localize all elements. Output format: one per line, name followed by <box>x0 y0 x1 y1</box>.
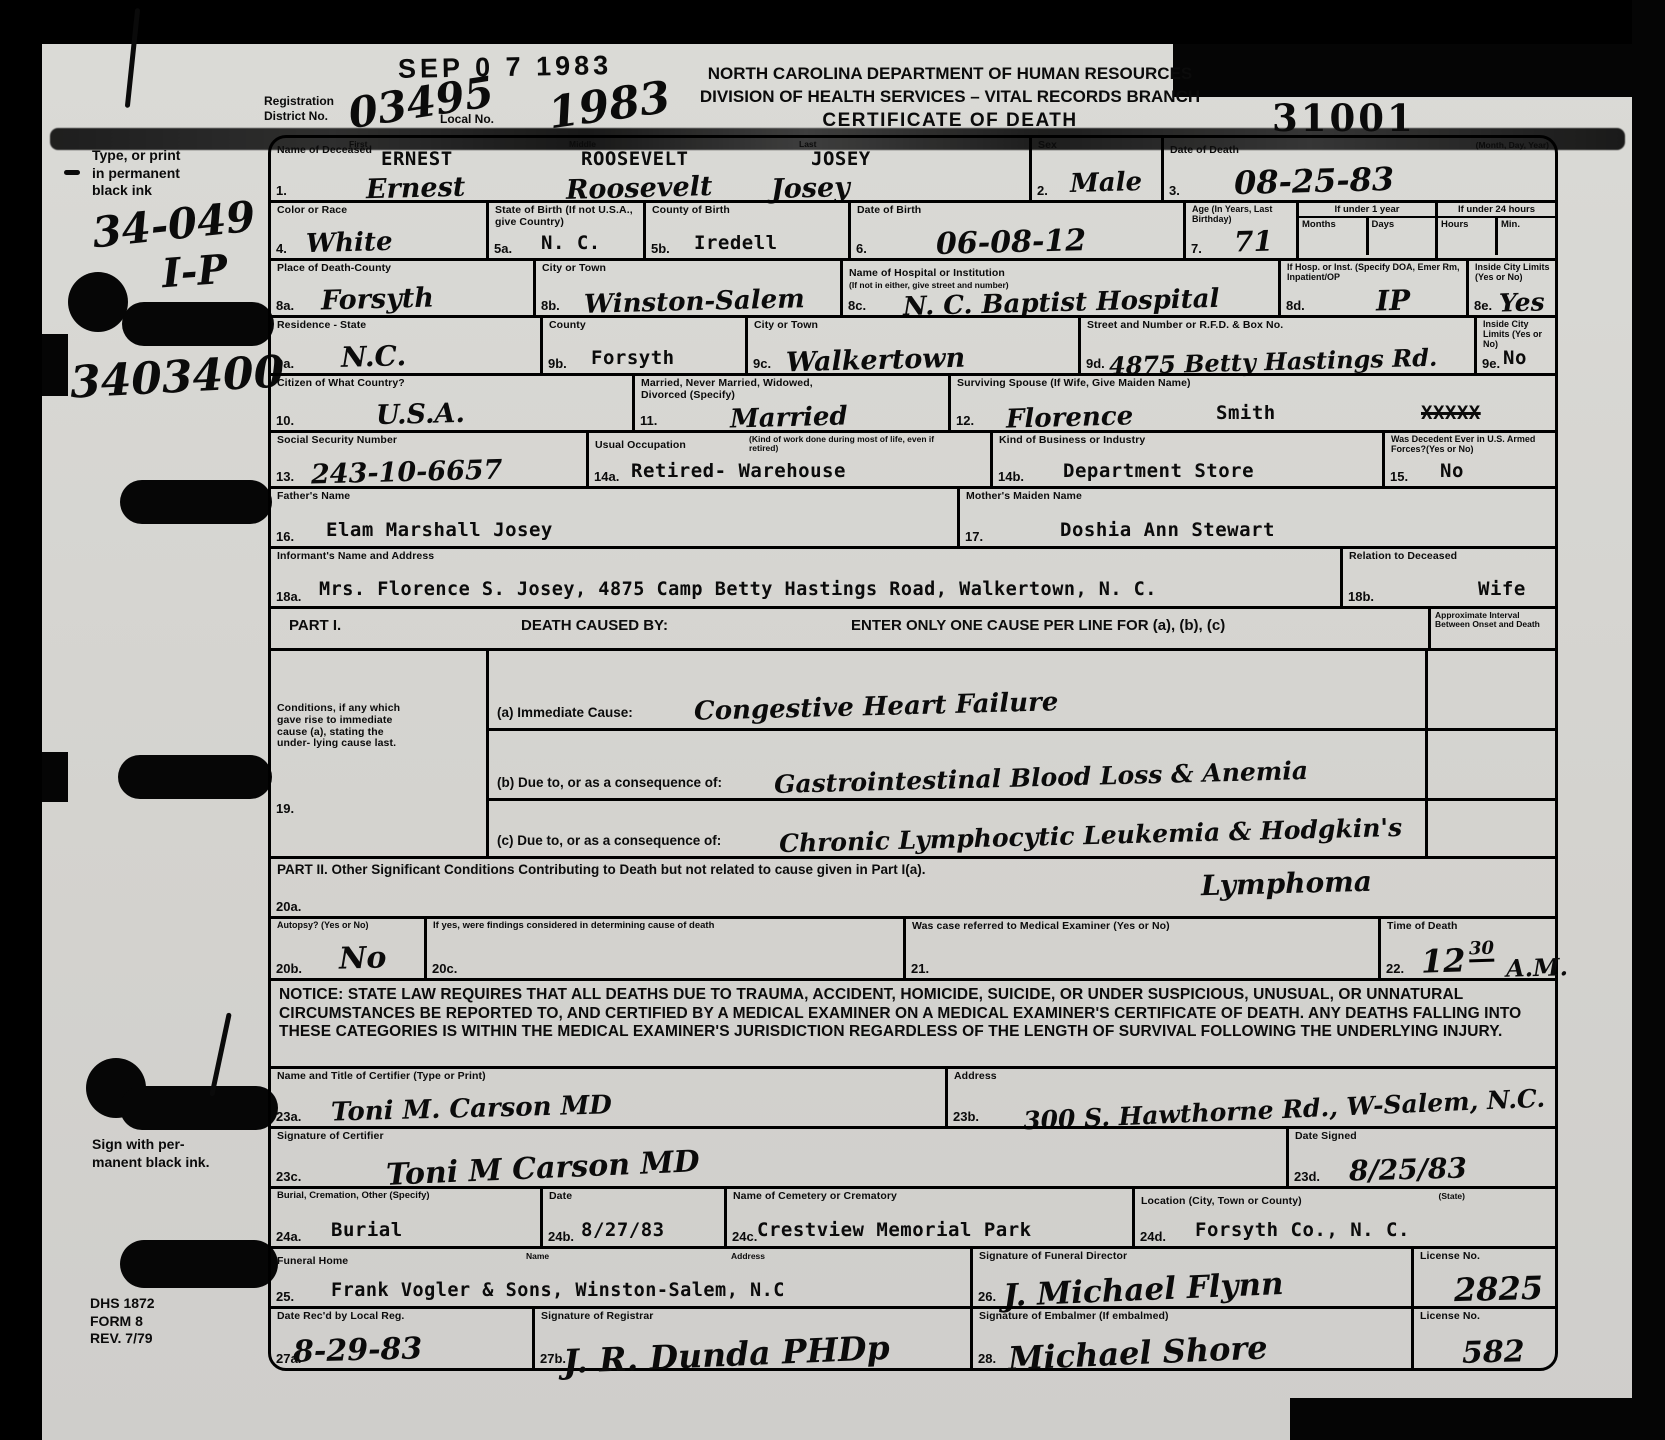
field-residence-street: Street and Number or R.F.D. & Box No. 48… <box>1078 318 1474 373</box>
field-14a-value: Retired- Warehouse <box>631 460 846 482</box>
field-9b-num: 9b. <box>548 356 567 371</box>
field-color-or-race: Color or Race White 4. <box>271 203 486 258</box>
field-8c-label: Name of Hospital or Institution <box>849 267 1005 279</box>
field-dob-value: 06-08-12 <box>936 223 1087 262</box>
field-24a-value: Burial <box>331 1219 403 1241</box>
field-21-label: Was case referred to Medical Examiner (Y… <box>912 921 1375 933</box>
field-20b-num: 20b. <box>276 961 302 976</box>
notice-row: NOTICE: STATE LAW REQUIRES THAT ALL DEAT… <box>271 978 1555 1066</box>
field-9b-label: County <box>549 320 742 332</box>
part1-caused-by-label: DEATH CAUSED BY: <box>521 617 668 634</box>
field-hospital: Name of Hospital or Institution (If not … <box>840 261 1278 315</box>
field-certifier-address: Address 300 S. Hawthorne Rd., W-Salem, N… <box>945 1069 1555 1126</box>
field-mother-name: Mother's Maiden Name Doshia Ann Stewart … <box>957 489 1555 546</box>
registration-district-label-line1: Registration <box>264 94 334 108</box>
cause-c-main: (c) Due to, or as a consequence of: Chro… <box>489 801 1425 856</box>
field-20c-num: 20c. <box>432 961 457 976</box>
margin-code-2: I-P <box>160 246 229 297</box>
scan-edge-block-2 <box>42 752 68 802</box>
binder-bar-2 <box>120 480 272 524</box>
field-24c-label: Name of Cemetery or Crematory <box>733 1191 1129 1203</box>
field-time-of-death: Time of Death 12 30 A.M. 22. <box>1378 919 1555 978</box>
field-24c-value: Crestview Memorial Park <box>757 1219 1032 1241</box>
group-under-24-hours-cells: Hours Min. <box>1438 218 1555 255</box>
cause-b-label: (b) Due to, or as a consequence of: <box>497 775 722 790</box>
field-24a-label: Burial, Cremation, Other (Specify) <box>277 1191 537 1201</box>
field-15-label: Was Decedent Ever in U.S. Armed Forces?(… <box>1391 435 1552 455</box>
field-16-label: Father's Name <box>277 491 954 503</box>
field-8c-num: 8c. <box>848 298 866 313</box>
cause-line-a: (a) Immediate Cause: Congestive Heart Fa… <box>489 651 1555 731</box>
typed-middle-name: ROOSEVELT <box>581 148 688 170</box>
field-registrar-signature: Signature of Registrar J. R. Dunda PHDp … <box>532 1309 970 1368</box>
pen-dash-left <box>64 170 80 175</box>
field-date-received: Date Rec'd by Local Reg. 8-29-83 27a. <box>271 1309 532 1368</box>
field-state-of-birth: State of Birth (If not U.S.A., give Coun… <box>486 203 643 258</box>
field-state-of-birth-value: N. C. <box>541 232 601 254</box>
field-22-hour: 12 <box>1421 941 1467 980</box>
field-16-num: 16. <box>276 529 294 544</box>
field-hosp-status: If Hosp. or Inst. (Specify DOA, Emer Rm,… <box>1278 261 1466 315</box>
registrar-row: Date Rec'd by Local Reg. 8-29-83 27a. Si… <box>271 1306 1555 1368</box>
margin-type-note-line1: Type, or print <box>92 147 180 163</box>
group-under-1-year-cells: Months Days <box>1299 218 1435 255</box>
field-23b-label: Address <box>954 1071 1552 1083</box>
field-14b-label: Kind of Business or Industry <box>999 435 1379 447</box>
field-26-label: Signature of Funeral Director <box>979 1251 1408 1263</box>
field-16-value: Elam Marshall Josey <box>326 519 553 541</box>
field-28-num: 28. <box>978 1351 996 1366</box>
field-director-license: License No. 2825 <box>1411 1249 1555 1306</box>
field-24d-num: 24d. <box>1140 1229 1166 1244</box>
field-11-num: 11. <box>640 413 657 428</box>
field-9a-num: 9a. <box>276 356 294 371</box>
field-20c-label: If yes, were findings considered in dete… <box>433 921 900 931</box>
field-19-num: 19. <box>276 801 294 816</box>
field-14a-num: 14a. <box>594 469 619 484</box>
field-11-label: Married, Never Married, Widowed, Divorce… <box>641 378 861 402</box>
field-28lic-label: License No. <box>1420 1311 1552 1323</box>
field-sex-num: 2. <box>1037 183 1048 198</box>
field-8b-label: City or Town <box>542 263 837 275</box>
field-dod-sublabel: (Month, Day, Year) <box>1476 141 1549 150</box>
typed-last-name: JOSEY <box>811 148 871 170</box>
row-6: Social Security Number 243-10-6657 13. U… <box>271 430 1555 486</box>
field-17-num: 17. <box>965 529 983 544</box>
notice-cell: NOTICE: STATE LAW REQUIRES THAT ALL DEAT… <box>271 981 1555 1066</box>
row-2: Color or Race White 4. State of Birth (I… <box>271 200 1555 258</box>
cause-of-death-block: Conditions, if any which gave rise to im… <box>271 648 1555 856</box>
punch-hole-top <box>68 272 128 332</box>
part2-cell: PART II. Other Significant Conditions Co… <box>271 859 1555 916</box>
scan-black-right-strip <box>1632 0 1665 1440</box>
field-burial-type: Burial, Cremation, Other (Specify) Buria… <box>271 1189 540 1246</box>
field-24b-num: 24b. <box>548 1229 574 1244</box>
field-8a-label: Place of Death-County <box>277 263 530 275</box>
margin-type-note: Type, or print in permanent black ink <box>92 147 222 200</box>
death-certificate-form: Name of Deceased First Middle Last ERNES… <box>268 135 1558 1371</box>
interval-column-header: Approximate Interval Between Onset and D… <box>1428 609 1555 648</box>
field-father-name: Father's Name Elam Marshall Josey 16. <box>271 489 957 546</box>
field-8d-label: If Hosp. or Inst. (Specify DOA, Emer Rm,… <box>1287 263 1463 283</box>
part1-enter-label: ENTER ONLY ONE CAUSE PER LINE FOR (a), (… <box>851 617 1225 634</box>
part2-row: PART II. Other Significant Conditions Co… <box>271 856 1555 916</box>
field-15-num: 15. <box>1390 469 1408 484</box>
field-residence-city: City or Town Walkertown 9c. <box>745 318 1078 373</box>
field-county-of-birth-value: Iredell <box>694 232 778 254</box>
field-8e-label: Inside City Limits (Yes or No) <box>1475 263 1552 283</box>
field-county-of-birth: County of Birth Iredell 5b. <box>643 203 848 258</box>
field-24d-value: Forsyth Co., N. C. <box>1195 1219 1410 1241</box>
cause-c-label: (c) Due to, or as a consequence of: <box>497 833 721 848</box>
field-18a-num: 18a. <box>276 589 301 604</box>
field-dod-label: Date of Death <box>1170 144 1239 156</box>
field-23d-value: 8/25/83 <box>1349 1151 1468 1187</box>
part2-value: Lymphoma <box>1201 865 1373 902</box>
registration-district-label-line2: District No. <box>264 109 328 123</box>
field-surviving-spouse: Surviving Spouse (If Wife, Give Maiden N… <box>948 376 1555 430</box>
field-15-value: No <box>1440 460 1464 482</box>
local-no-label: Local No. <box>440 112 494 126</box>
field-12-struck-value: XXXXX <box>1421 402 1481 424</box>
part1-title: PART I. <box>289 617 341 634</box>
field-dod-num: 3. <box>1169 183 1180 198</box>
field-dod-value: 08-25-83 <box>1234 160 1395 202</box>
field-13-label: Social Security Number <box>277 435 583 447</box>
field-9e-num: 9e. <box>1482 356 1500 371</box>
field-26lic-value: 2825 <box>1454 1269 1544 1309</box>
row-4: Residence - State N.C. 9a. County Forsyt… <box>271 315 1555 373</box>
margin-type-note-line3: black ink <box>92 182 152 198</box>
field-county-of-birth-label: County of Birth <box>652 205 845 217</box>
field-18b-num: 18b. <box>1348 589 1374 604</box>
field-14b-value: Department Store <box>1063 460 1254 482</box>
field-12-num: 12. <box>956 413 974 428</box>
field-9d-num: 9d. <box>1086 356 1105 371</box>
interval-label: Approximate Interval Between Onset and D… <box>1435 611 1551 630</box>
field-certifier-name: Name and Title of Certifier (Type or Pri… <box>271 1069 945 1126</box>
field-name-num: 1. <box>276 183 287 198</box>
burial-row: Burial, Cremation, Other (Specify) Buria… <box>271 1186 1555 1246</box>
field-state-of-birth-num: 5a. <box>494 241 512 256</box>
field-23b-num: 23b. <box>953 1109 979 1124</box>
typed-first-name: ERNEST <box>381 148 453 170</box>
field-24d-label: Location (City, Town or County) <box>1141 1195 1302 1207</box>
field-9e-label: Inside City Limits (Yes or No) <box>1483 320 1552 350</box>
field-23a-label: Name and Title of Certifier (Type or Pri… <box>277 1071 942 1083</box>
cause-c-value: Chronic Lymphocytic Leukemia & Hodgkin's <box>779 813 1403 858</box>
field-min-label: Min. <box>1495 218 1555 255</box>
notice-text: NOTICE: STATE LAW REQUIRES THAT ALL DEAT… <box>279 986 1547 1042</box>
row-1: Name of Deceased First Middle Last ERNES… <box>271 138 1555 200</box>
field-24d-state-label: (State) <box>1439 1192 1465 1201</box>
binder-bar-4 <box>120 1086 278 1130</box>
cause-b-main: (b) Due to, or as a consequence of: Gast… <box>489 731 1425 801</box>
field-date-of-death: Date of Death (Month, Day, Year) 08-25-8… <box>1161 138 1555 200</box>
field-22-num: 22. <box>1386 961 1404 976</box>
field-28-label: Signature of Embalmer (If embalmed) <box>979 1311 1408 1323</box>
field-9d-label: Street and Number or R.F.D. & Box No. <box>1087 320 1471 332</box>
field-24b-value: 8/27/83 <box>581 1219 665 1241</box>
field-armed-forces: Was Decedent Ever in U.S. Armed Forces?(… <box>1382 433 1555 486</box>
field-sex: Sex Male 2. <box>1029 138 1161 200</box>
margin-type-note-line2: in permanent <box>92 165 180 181</box>
field-date-signed: Date Signed 8/25/83 23d. <box>1286 1129 1555 1186</box>
field-24c-num: 24c. <box>732 1229 757 1244</box>
field-industry: Kind of Business or Industry Department … <box>990 433 1382 486</box>
field-residence-state: Residence - State N.C. 9a. <box>271 318 540 373</box>
certificate-number: 31001 <box>1272 96 1416 140</box>
form-id: DHS 1872 FORM 8 REV. 7/79 <box>90 1295 155 1348</box>
field-medical-examiner-referral: Was case referred to Medical Examiner (Y… <box>903 919 1378 978</box>
field-18b-value: Wife <box>1478 578 1526 600</box>
field-12-typed-value: Smith <box>1216 402 1276 424</box>
field-25-label: Funeral Home <box>277 1255 348 1267</box>
cause-a-label: (a) Immediate Cause: <box>497 705 633 720</box>
field-21-num: 21. <box>911 961 929 976</box>
field-10-num: 10. <box>276 413 294 428</box>
field-9c-num: 9c. <box>753 356 771 371</box>
field-sex-label: Sex <box>1038 140 1158 152</box>
margin-sign-note-line1: Sign with per- <box>92 1136 185 1152</box>
field-hours-label: Hours <box>1438 218 1495 255</box>
field-8e-value: Yes <box>1499 287 1545 317</box>
binder-bar-5 <box>120 1240 278 1288</box>
cause-line-c: (c) Due to, or as a consequence of: Chro… <box>489 801 1555 856</box>
field-18a-value: Mrs. Florence S. Josey, 4875 Camp Betty … <box>319 579 1157 600</box>
field-name-first-label: First <box>349 140 367 149</box>
field-date-of-birth: Date of Birth 06-08-12 6. <box>848 203 1183 258</box>
scan-black-bottom-right <box>1290 1398 1665 1440</box>
field-8a-value: Forsyth <box>321 283 435 317</box>
field-informant: Informant's Name and Address Mrs. Floren… <box>271 549 1340 606</box>
field-8d-num: 8d. <box>1286 298 1305 313</box>
field-cemetery-name: Name of Cemetery or Crematory Crestview … <box>724 1189 1132 1246</box>
field-20b-label: Autopsy? (Yes or No) <box>277 921 421 931</box>
binder-bar-1 <box>122 302 274 346</box>
form-id-line2: FORM 8 <box>90 1313 143 1329</box>
field-citizen: Citizen of What Country? U.S.A. 10. <box>271 376 632 430</box>
binder-bar-3 <box>118 755 272 799</box>
field-9a-value: N.C. <box>341 339 407 374</box>
field-23a-value: Toni M. Carson MD <box>331 1090 613 1127</box>
field-17-label: Mother's Maiden Name <box>966 491 1552 503</box>
field-10-label: Citizen of What Country? <box>277 378 629 390</box>
field-22-label: Time of Death <box>1387 921 1552 933</box>
interval-cell-b <box>1425 731 1555 801</box>
field-embalmer-license: License No. 582 <box>1411 1309 1555 1368</box>
field-residence-city-limits: Inside City Limits (Yes or No) No 9e. <box>1474 318 1555 373</box>
field-race-num: 4. <box>276 241 287 256</box>
field-state-of-birth-label: State of Birth (If not U.S.A., give Coun… <box>495 205 640 229</box>
field-dob-label: Date of Birth <box>857 205 1180 217</box>
field-23d-num: 23d. <box>1294 1169 1320 1184</box>
group-under-1-year-label: If under 1 year <box>1299 203 1435 218</box>
field-name-of-deceased: Name of Deceased First Middle Last ERNES… <box>271 138 1029 200</box>
field-certifier-signature: Signature of Certifier Toni M Carson MD … <box>271 1129 1286 1186</box>
field-9c-label: City or Town <box>754 320 1075 332</box>
field-27b-num: 27b. <box>540 1351 566 1366</box>
field-14a-label: Usual Occupation <box>595 439 686 451</box>
field-27a-label: Date Rec'd by Local Reg. <box>277 1311 529 1323</box>
field-24b-label: Date <box>549 1191 721 1203</box>
field-death-city-limits: Inside City Limits (Yes or No) Yes 8e. <box>1466 261 1555 315</box>
field-27a-num: 27a. <box>276 1351 301 1366</box>
field-28lic-value: 582 <box>1462 1334 1526 1371</box>
cause-line-b: (b) Due to, or as a consequence of: Gast… <box>489 731 1555 801</box>
field-death-city: City or Town Winston-Salem 8b. <box>533 261 840 315</box>
field-14a-sublabel: (Kind of work done during most of life, … <box>749 435 949 454</box>
field-18b-label: Relation to Deceased <box>1349 551 1552 563</box>
field-county-of-birth-num: 5b. <box>651 241 670 256</box>
field-findings-considered: If yes, were findings considered in dete… <box>424 919 903 978</box>
field-24a-num: 24a. <box>276 1229 301 1244</box>
scanned-death-certificate: Type, or print in permanent black ink 34… <box>0 0 1665 1440</box>
form-id-line1: DHS 1872 <box>90 1295 155 1311</box>
field-14b-num: 14b. <box>998 469 1024 484</box>
field-occupation: Usual Occupation (Kind of work done duri… <box>586 433 990 486</box>
field-embalmer-signature: Signature of Embalmer (If embalmed) Mich… <box>970 1309 1411 1368</box>
part1-header-row: PART I. DEATH CAUSED BY: ENTER ONLY ONE … <box>271 606 1555 648</box>
field-9e-value: No <box>1503 347 1527 369</box>
part2-label: PART II. Other Significant Conditions Co… <box>277 862 926 877</box>
field-8a-num: 8a. <box>276 298 294 313</box>
field-26lic-label: License No. <box>1420 1251 1552 1263</box>
field-age-value: 71 <box>1234 224 1274 258</box>
field-13-num: 13. <box>276 469 294 484</box>
field-26-num: 26. <box>978 1289 996 1304</box>
field-25-address-label: Address <box>731 1252 765 1261</box>
margin-sign-note-line2: manent black ink. <box>92 1154 209 1170</box>
field-age-label: Age (In Years, Last Birthday) <box>1192 205 1293 225</box>
field-10-value: U.S.A. <box>376 398 466 431</box>
field-age: Age (In Years, Last Birthday) 71 7. <box>1183 203 1296 258</box>
field-marital-status: Married, Never Married, Widowed, Divorce… <box>632 376 948 430</box>
field-age-num: 7. <box>1191 241 1202 256</box>
margin-sign-note: Sign with per- manent black ink. <box>92 1136 252 1171</box>
cause-a-main: (a) Immediate Cause: Congestive Heart Fa… <box>489 651 1425 731</box>
embalmer-signature-script: Michael Shore <box>1007 1328 1268 1377</box>
field-place-of-death-county: Place of Death-County Forsyth 8a. <box>271 261 533 315</box>
form-id-line3: REV. 7/79 <box>90 1330 153 1346</box>
field-23c-label: Signature of Certifier <box>277 1131 1283 1143</box>
certifier-row: Name and Title of Certifier (Type or Pri… <box>271 1066 1555 1126</box>
field-23d-label: Date Signed <box>1295 1131 1552 1143</box>
group-under-24-hours-label: If under 24 hours <box>1438 203 1555 218</box>
field-8b-num: 8b. <box>541 298 560 313</box>
field-9b-value: Forsyth <box>591 347 675 369</box>
field-12-label: Surviving Spouse (If Wife, Give Maiden N… <box>957 378 1552 390</box>
certifier-signature-row: Signature of Certifier Toni M Carson MD … <box>271 1126 1555 1186</box>
cause-lines: (a) Immediate Cause: Congestive Heart Fa… <box>486 651 1555 856</box>
field-8e-num: 8e. <box>1474 298 1492 313</box>
row-7: Father's Name Elam Marshall Josey 16. Mo… <box>271 486 1555 546</box>
funeral-home-row: Funeral Home Name Address Frank Vogler &… <box>271 1246 1555 1306</box>
conditions-note: Conditions, if any which gave rise to im… <box>277 703 402 750</box>
field-20b-value: No <box>339 940 387 976</box>
field-27b-label: Signature of Registrar <box>541 1311 967 1323</box>
field-relation: Relation to Deceased Wife 18b. <box>1340 549 1555 606</box>
interval-cell-a <box>1425 651 1555 731</box>
field-burial-date: Date 8/27/83 24b. <box>540 1189 724 1246</box>
interval-cell-c <box>1425 801 1555 856</box>
field-funeral-home: Funeral Home Name Address Frank Vogler &… <box>271 1249 970 1306</box>
group-if-under-1-year: If under 1 year Months Days <box>1296 203 1435 258</box>
field-race-label: Color or Race <box>277 205 483 217</box>
field-27a-value: 8-29-83 <box>293 1331 423 1369</box>
field-cemetery-location: Location (City, Town or County) (State) … <box>1132 1189 1555 1246</box>
field-25-num: 25. <box>276 1289 294 1304</box>
part1-header: PART I. DEATH CAUSED BY: ENTER ONLY ONE … <box>271 609 1428 648</box>
group-if-under-24-hours: If under 24 hours Hours Min. <box>1435 203 1555 258</box>
field-9a-label: Residence - State <box>277 320 537 332</box>
field-race-value: White <box>306 227 393 259</box>
field-25-name-label: Name <box>526 1252 549 1261</box>
row-8: Informant's Name and Address Mrs. Floren… <box>271 546 1555 606</box>
row-3: Place of Death-County Forsyth 8a. City o… <box>271 258 1555 315</box>
field-22-minute: 30 <box>1469 938 1495 963</box>
field-ssn: Social Security Number 243-10-6657 13. <box>271 433 586 486</box>
registration-district-label: Registration District No. <box>264 94 334 124</box>
field-days-label: Days <box>1366 218 1436 255</box>
part2-num: 20a. <box>276 899 301 914</box>
field-23a-num: 23a. <box>276 1109 301 1124</box>
scan-edge-block-1 <box>42 334 68 396</box>
field-months-label: Months <box>1299 218 1366 255</box>
field-funeral-director-signature: Signature of Funeral Director J. Michael… <box>970 1249 1411 1306</box>
field-sex-value: Male <box>1070 167 1143 199</box>
cause-a-value: Congestive Heart Failure <box>694 687 1059 727</box>
field-17-value: Doshia Ann Stewart <box>1060 519 1275 541</box>
conditions-note-cell: Conditions, if any which gave rise to im… <box>271 651 486 856</box>
row-5: Citizen of What Country? U.S.A. 10. Marr… <box>271 373 1555 430</box>
cause-b-value: Gastrointestinal Blood Loss & Anemia <box>774 756 1309 799</box>
field-autopsy: Autopsy? (Yes or No) No 20b. <box>271 919 424 978</box>
field-25-value: Frank Vogler & Sons, Winston-Salem, N.C <box>331 1280 785 1301</box>
field-dob-num: 6. <box>856 241 867 256</box>
field-8d-value: IP <box>1376 284 1411 318</box>
field-18a-label: Informant's Name and Address <box>277 551 1337 563</box>
field-residence-county: County Forsyth 9b. <box>540 318 745 373</box>
autopsy-row: Autopsy? (Yes or No) No 20b. If yes, wer… <box>271 916 1555 978</box>
field-23c-num: 23c. <box>276 1169 301 1184</box>
